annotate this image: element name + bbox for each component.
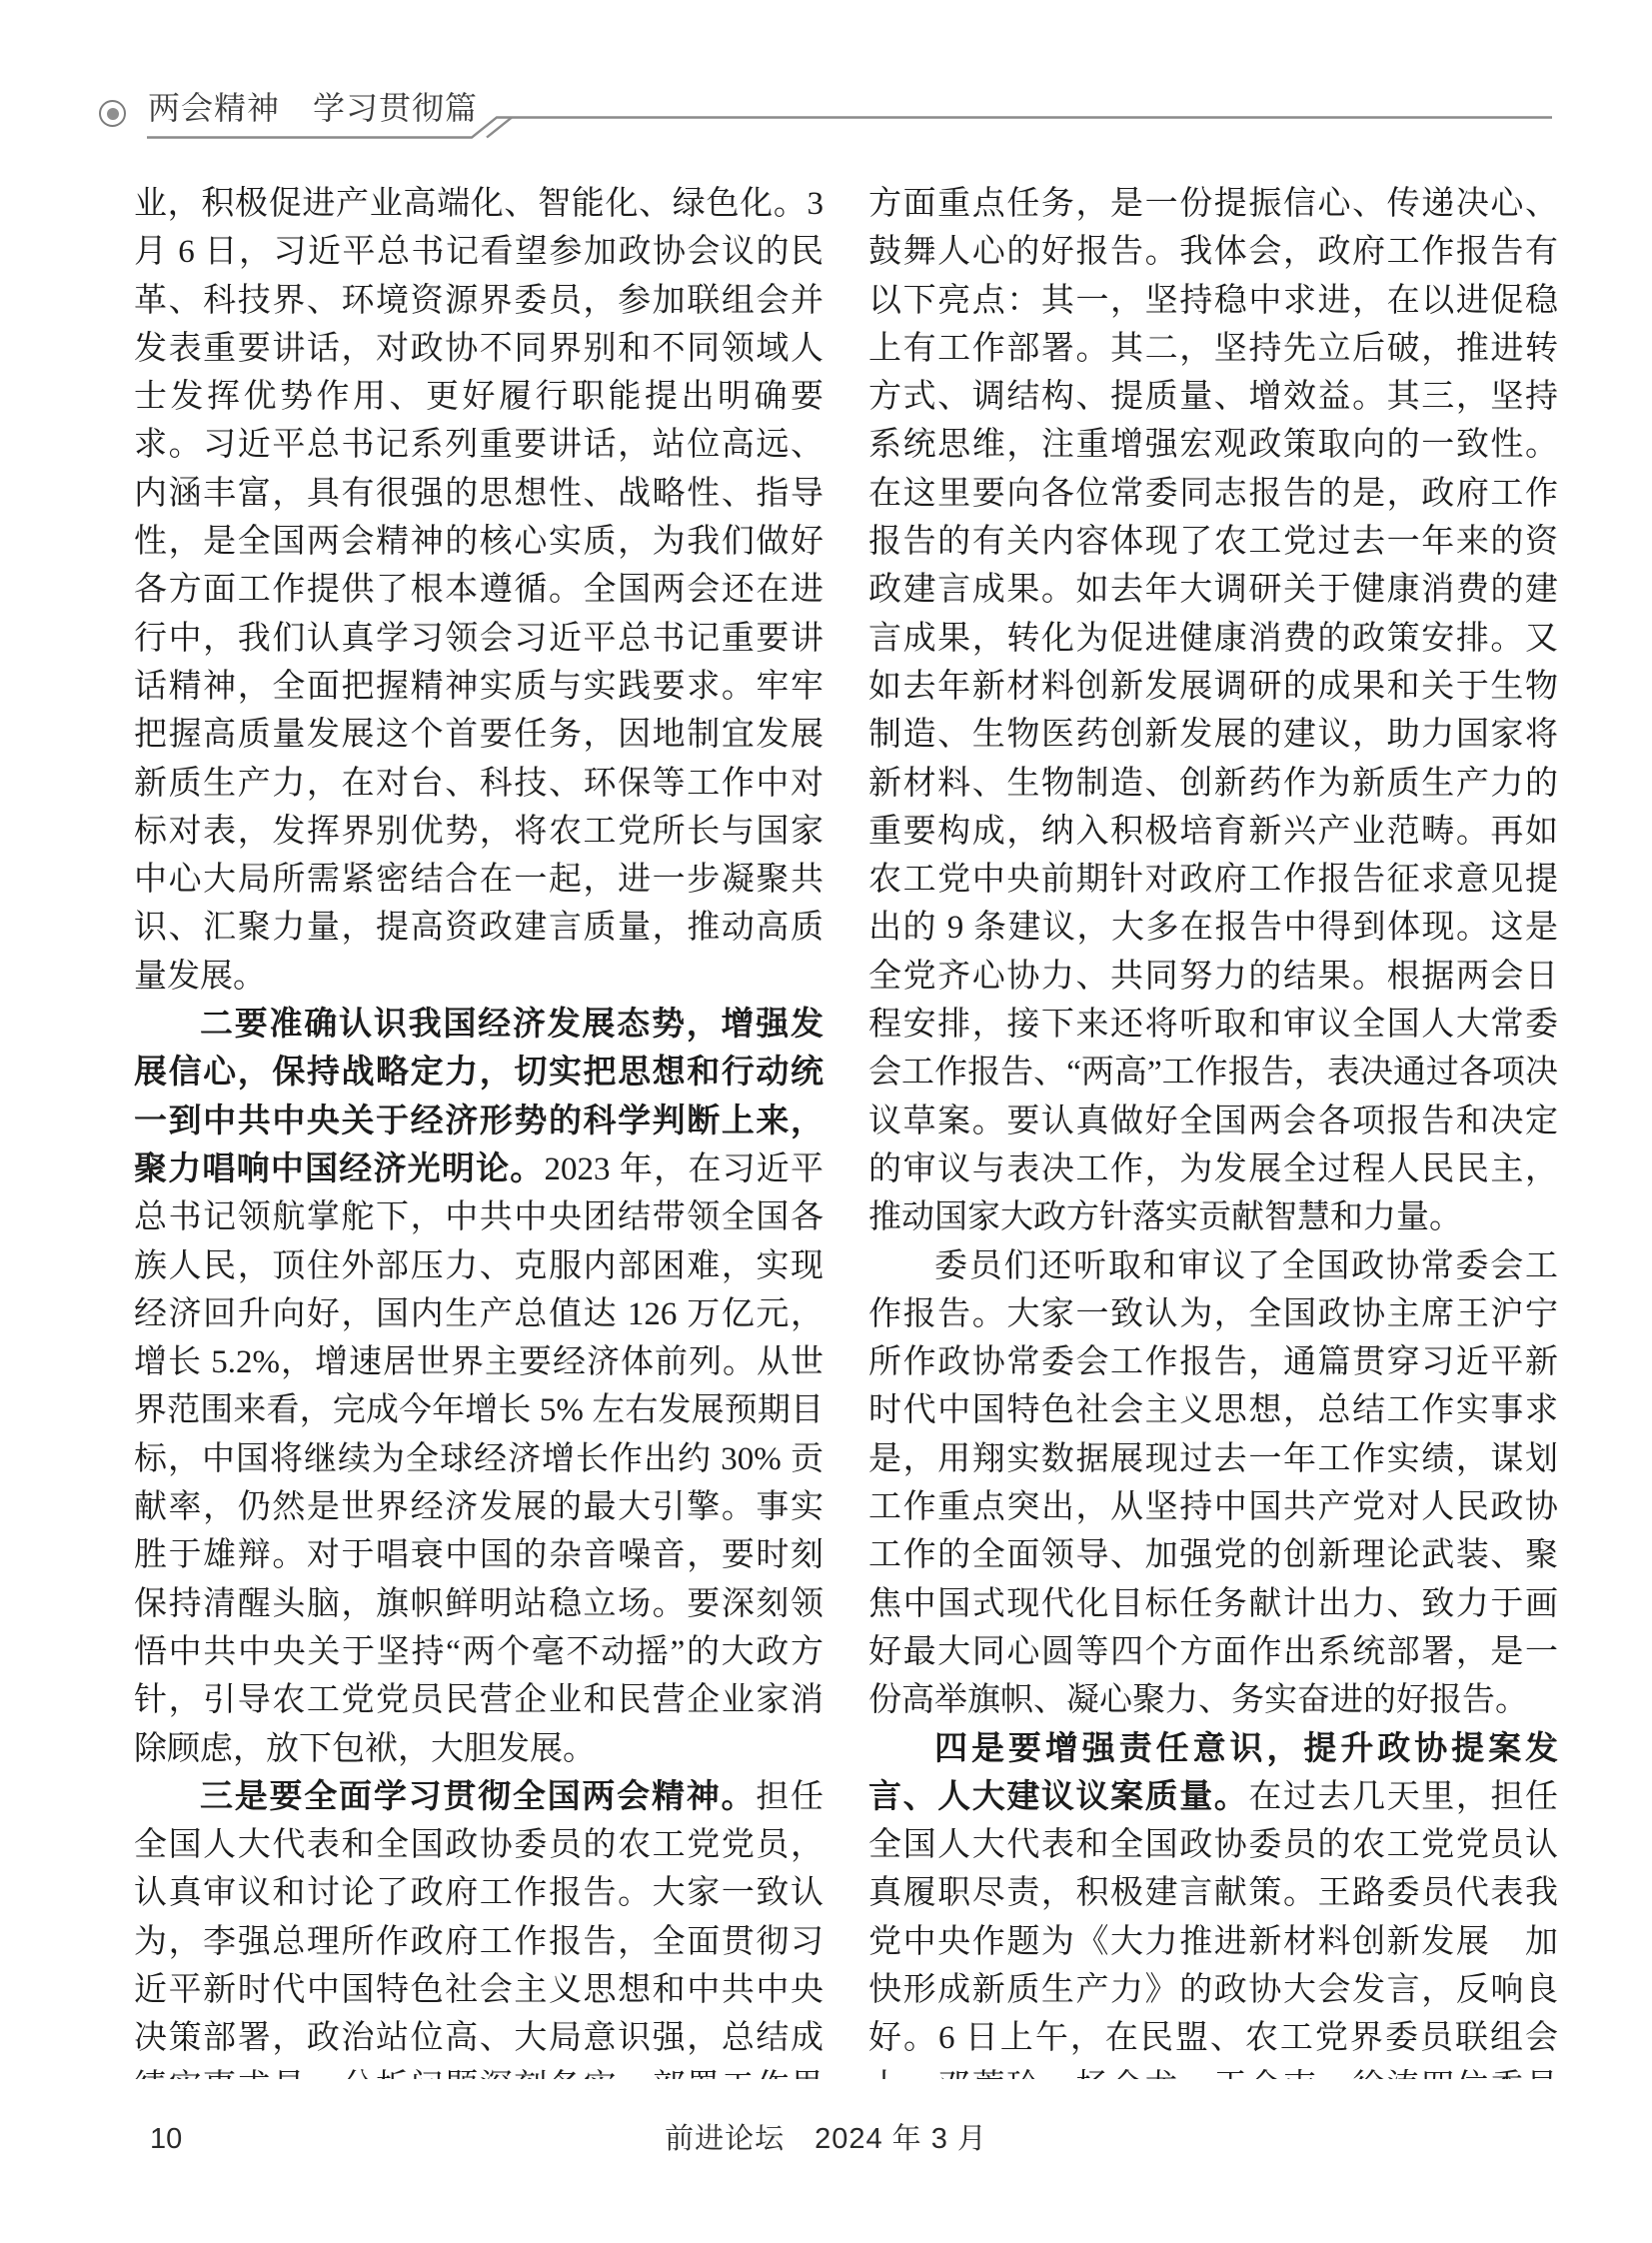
paragraph-lead-text: 三是要全面学习贯彻全国两会精神。 — [200, 1779, 756, 1815]
page-header: 两会精神 学习贯彻篇 — [0, 0, 1652, 160]
paragraph-text: 业，积极促进产业高端化、智能化、绿色化。3 月 6 日，习近平总书记看望参加政协… — [134, 186, 824, 995]
paragraph-text: 担任全国人大代表和全国政协委员的农工党党员，认真审议和讨论了政府工作报告。大家一… — [134, 1779, 824, 2079]
page-number: 10 — [150, 2117, 182, 2161]
paragraph: 三是要全面学习贯彻全国两会精神。担任全国人大代表和全国政协委员的农工党党员，认真… — [134, 1773, 824, 2079]
magazine-page: 两会精神 学习贯彻篇 业，积极促进产业高端化、智能化、绿色化。3 月 6 日，习… — [0, 0, 1652, 2243]
paragraph-text: 委员们还听取和审议了全国政协常委会工作报告。大家一致认为，全国政协主席王沪宁所作… — [868, 1248, 1558, 1719]
header-rule-line — [0, 0, 1652, 160]
paragraph-text: 在过去几天里，担任全国人大代表和全国政协委员的农工党党员认真履职尽责，积极建言献… — [868, 1779, 1558, 2079]
paragraph-text: 方面重点任务，是一份提振信心、传递决心、鼓舞人心的好报告。我体会，政府工作报告有… — [868, 186, 1558, 1235]
paragraph: 二要准确认识我国经济发展态势，增强发展信心，保持战略定力，切实把思想和行动统一到… — [134, 1001, 824, 1773]
paragraph-text: 2023 年，在习近平总书记领航掌舵下，中共中央团结带领全国各族人民，顶住外部压… — [134, 1151, 824, 1767]
paragraph: 委员们还听取和审议了全国政协常委会工作报告。大家一致认为，全国政协主席王沪宁所作… — [868, 1242, 1558, 1725]
footer-journal-line: 前进论坛 2024 年 3 月 — [0, 2117, 1652, 2161]
paragraph: 方面重点任务，是一份提振信心、传递决心、鼓舞人心的好报告。我体会，政府工作报告有… — [868, 180, 1558, 1242]
paragraph: 业，积极促进产业高端化、智能化、绿色化。3 月 6 日，习近平总书记看望参加政协… — [134, 180, 824, 1001]
left-column: 业，积极促进产业高端化、智能化、绿色化。3 月 6 日，习近平总书记看望参加政协… — [134, 180, 824, 2079]
right-column: 方面重点任务，是一份提振信心、传递决心、鼓舞人心的好报告。我体会，政府工作报告有… — [868, 180, 1558, 2079]
paragraph: 四是要增强责任意识，提升政协提案发言、人大建议议案质量。在过去几天里，担任全国人… — [868, 1725, 1558, 2080]
article-body: 业，积极促进产业高端化、智能化、绿色化。3 月 6 日，习近平总书记看望参加政协… — [134, 180, 1558, 2079]
page-footer: 前进论坛 2024 年 3 月 10 — [0, 2117, 1652, 2161]
